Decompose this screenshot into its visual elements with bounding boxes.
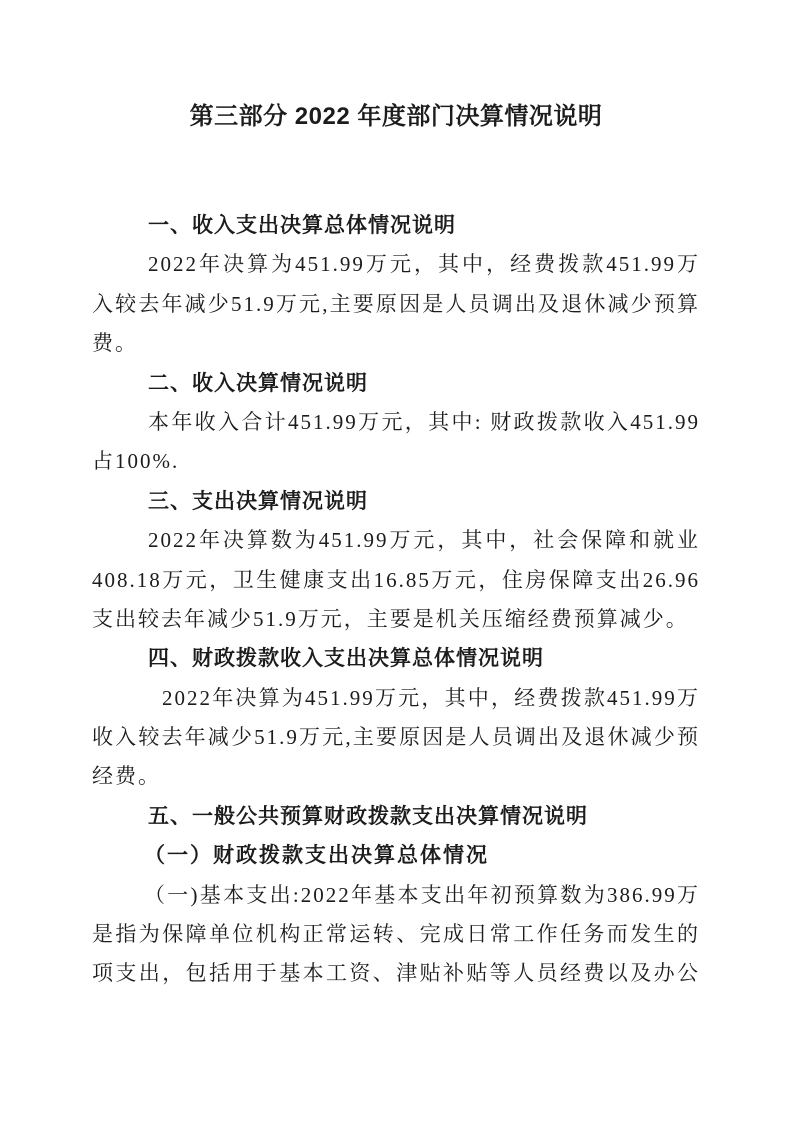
paragraph: 本年收入合计451.99万元，其中: 财政拨款收入451.99万元，占100%. xyxy=(92,403,700,482)
text-line: 本年收入合计451.99万元，其中: 财政拨款收入451.99万元， xyxy=(92,403,700,442)
section-heading: 一、收入支出决算总体情况说明 xyxy=(92,206,700,245)
paragraph: （一)基本支出:2022年基本支出年初预算数为386.99万元，是指为保障单位机… xyxy=(92,876,700,994)
text-line: 支出较去年减少51.9万元，主要是机关压缩经费预算减少。 xyxy=(92,600,700,639)
paragraph: 2022年决算为451.99万元，其中，经费拨款451.99万元。收入较去年减少… xyxy=(92,679,700,797)
section-heading: 三、支出决算情况说明 xyxy=(92,482,700,521)
paragraph: 2022年决算数为451.99万元，其中，社会保障和就业支出408.18万元，卫… xyxy=(92,521,700,639)
section-heading: 四、财政拨款收入支出决算总体情况说明 xyxy=(92,639,700,678)
document-page: 第三部分 2022 年度部门决算情况说明 一、收入支出决算总体情况说明2022年… xyxy=(0,0,793,1122)
subsection-heading: （一）财政拨款支出决算总体情况 xyxy=(92,836,700,875)
section-heading: 二、收入决算情况说明 xyxy=(92,364,700,403)
text-line: 2022年决算为451.99万元，其中，经费拨款451.99万元。收 xyxy=(92,245,700,284)
text-line: 费。 xyxy=(92,324,700,363)
text-line: 项支出，包括用于基本工资、津贴补贴等人员经费以及办公费、 xyxy=(92,954,700,993)
text-line: 408.18万元，卫生健康支出16.85万元，住房保障支出26.96万元。 xyxy=(92,561,700,600)
page-title: 第三部分 2022 年度部门决算情况说明 xyxy=(92,99,700,135)
text-line: 入较去年减少51.9万元,主要原因是人员调出及退休减少预算经 xyxy=(92,285,700,324)
section-heading: 五、一般公共预算财政拨款支出决算情况说明 xyxy=(92,797,700,836)
text-line: 2022年决算为451.99万元，其中，经费拨款451.99万元。 xyxy=(92,679,700,718)
paragraph: 2022年决算为451.99万元，其中，经费拨款451.99万元。收入较去年减少… xyxy=(92,245,700,363)
text-line: 经费。 xyxy=(92,757,700,796)
text-line: 2022年决算数为451.99万元，其中，社会保障和就业支出 xyxy=(92,521,700,560)
text-line: （一)基本支出:2022年基本支出年初预算数为386.99万元， xyxy=(92,876,700,915)
text-line: 是指为保障单位机构正常运转、完成日常工作任务而发生的各 xyxy=(92,915,700,954)
text-line: 占100%. xyxy=(92,442,700,481)
document-body: 一、收入支出决算总体情况说明2022年决算为451.99万元，其中，经费拨款45… xyxy=(92,206,700,994)
text-line: 收入较去年减少51.9万元,主要原因是人员调出及退休减少预算 xyxy=(92,718,700,757)
